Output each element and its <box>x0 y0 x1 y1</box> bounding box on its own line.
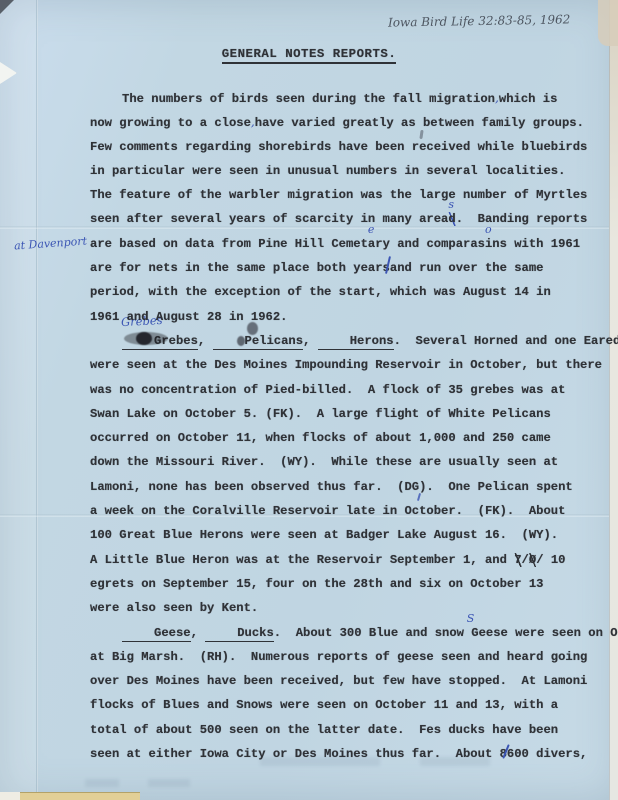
typed-line: A Little Blue Heron was at the Reservoir… <box>90 548 612 572</box>
typed-segment: now Geese were seen on October 14 <box>442 626 618 640</box>
typed-segment: ns with 1961 <box>492 237 580 251</box>
typed-segment: 7 <box>514 553 521 567</box>
typed-segment: have varied greatly as between family gr… <box>255 116 584 130</box>
handwritten-citation: Iowa Bird Life 32:83-85, 1962 <box>388 12 571 29</box>
handwritten-correction: S <box>435 613 475 624</box>
typed-segment: ds <box>448 212 455 226</box>
typed-line: are for nets in the same place both year… <box>90 256 612 280</box>
typed-line: seen at either Iowa City or Des Moines t… <box>90 742 612 766</box>
typed-segment: at Big Marsh. (RH). Numerous reports of … <box>90 650 587 664</box>
typed-segment: now growing to a close <box>90 116 251 130</box>
typed-segment: egrets on September 15, four on the 28th… <box>90 577 543 591</box>
typed-segment: are for nets in the same place both year… <box>90 261 390 275</box>
typed-segment: . Several Horned and one Eared Grebe <box>394 334 618 348</box>
typed-segment: / <box>522 553 529 567</box>
typed-segment: total of about 500 seen on the latter da… <box>90 723 558 737</box>
underlying-page-corner <box>598 0 618 46</box>
typed-segment: a week on the Coralville Reservoir late … <box>90 504 565 518</box>
title-row: GENERAL NOTES REPORTS. <box>0 44 618 62</box>
typed-segment: over Des Moines have been received, but … <box>90 674 587 688</box>
typed-segment: seen after several years of scarcity in … <box>90 212 448 226</box>
underlying-page-bottom-left <box>0 792 20 800</box>
typed-segment: Herons <box>318 334 394 350</box>
document-title: GENERAL NOTES REPORTS. <box>222 47 397 64</box>
typed-segment: ry and comparas <box>375 237 485 251</box>
typed-line: 1961 and August 28 in 1962. <box>90 305 612 329</box>
typed-segment: ae <box>368 237 375 251</box>
typed-segment: . About 300 Blue and <box>274 626 435 640</box>
typed-segment: period, with the exception of the start,… <box>90 285 551 299</box>
typed-line: were seen at the Des Moines Impounding R… <box>90 353 612 377</box>
typed-line: egrets on September 15, four on the 28th… <box>90 572 612 596</box>
typed-segment: Swan Lake on October 5. (FK). A large fl… <box>90 407 551 421</box>
typed-line: 100 Great Blue Herons were seen at Badge… <box>90 523 612 547</box>
ink-blot <box>247 322 258 335</box>
ink-blot <box>237 336 245 346</box>
paper-left-strip <box>0 0 36 800</box>
typed-line: flocks of Blues and Snows were seen on O… <box>90 693 612 717</box>
typed-line: The feature of the warbler migration was… <box>90 183 612 207</box>
typed-line: total of about 500 seen on the latter da… <box>90 718 612 742</box>
typed-segment: The feature of the warbler migration was… <box>90 188 587 202</box>
typed-segment: in particular were seen in unusual numbe… <box>90 164 565 178</box>
typed-segment: which is <box>499 92 558 106</box>
typed-line: over Des Moines have been received, but … <box>90 669 612 693</box>
typed-line: Lamoni, none has been observed thus far.… <box>90 475 612 499</box>
typed-line: in particular were seen in unusual numbe… <box>90 159 612 183</box>
typed-segment: 100 Great Blue Herons were seen at Badge… <box>90 528 558 542</box>
typed-line: Swan Lake on October 5. (FK). A large fl… <box>90 402 612 426</box>
typed-line: seen after several years of scarcity in … <box>90 207 612 231</box>
typed-line: were also seen by Kent. <box>90 596 612 620</box>
typed-line: are based on data from Pine Hill Cemetae… <box>90 232 612 256</box>
typed-segment: , <box>303 334 318 348</box>
typed-line: at Big Marsh. (RH). Numerous reports of … <box>90 645 612 669</box>
handwritten-correction: e <box>368 224 375 235</box>
typed-segment: The numbers of birds seen during the fal… <box>122 92 495 106</box>
typed-line: was no concentration of Pied-billed. A f… <box>90 378 612 402</box>
underlying-page-bottom <box>20 792 140 800</box>
typed-line: now growing to a close,have varied great… <box>90 110 612 134</box>
typed-segment: are based on data from Pine Hill Cemet <box>90 237 368 251</box>
typed-line: period, with the exception of the start,… <box>90 280 612 304</box>
typed-segment: sS <box>435 626 442 640</box>
typed-text: The numbers of birds seen during the fal… <box>90 86 612 766</box>
typed-segment: were also seen by Kent. <box>90 601 258 615</box>
typed-segment: down the Missouri River. (WY). While the… <box>90 455 558 469</box>
typed-segment: occurred on October 11, when flocks of a… <box>90 431 551 445</box>
ink-blot <box>136 332 152 345</box>
typed-segment: io <box>485 237 492 251</box>
typed-segment: Lamoni, none has been observed thus far.… <box>90 480 573 494</box>
typed-segment: seen at either Iowa City or Des Moines t… <box>90 747 507 761</box>
typed-segment: flocks of Blues and Snows were seen on O… <box>90 698 558 712</box>
typed-segment: , <box>191 626 206 640</box>
typed-line: The numbers of birds seen during the fal… <box>90 86 612 110</box>
typed-segment: , <box>198 334 213 348</box>
handwritten-correction: s <box>448 199 454 210</box>
handwritten-correction: o <box>485 224 492 235</box>
ink-bleedthrough <box>148 779 190 787</box>
typed-line: down the Missouri River. (WY). While the… <box>90 450 612 474</box>
typed-segment: . Banding reports <box>456 212 588 226</box>
scanned-document-page: Iowa Bird Life 32:83-85, 1962 at Davenpo… <box>0 0 618 800</box>
fold-crease-vertical <box>36 0 38 800</box>
typed-line: Geese, Ducks. About 300 Blue and sSnow G… <box>90 621 612 645</box>
typed-segment: were seen at the Des Moines Impounding R… <box>90 358 602 372</box>
typed-segment: Few comments regarding shorebirds have b… <box>90 140 587 154</box>
typed-segment: 1961 and August 28 in 1962. <box>90 310 287 324</box>
typed-line: occurred on October 11, when flocks of a… <box>90 426 612 450</box>
typed-line: a week on the Coralville Reservoir late … <box>90 499 612 523</box>
typed-segment: A Little Blue Heron was at the Reservoir… <box>90 553 514 567</box>
typed-segment: was no concentration of Pied-billed. A f… <box>90 383 565 397</box>
typed-line: Few comments regarding shorebirds have b… <box>90 135 612 159</box>
typed-segment: Ducks <box>205 626 274 642</box>
typed-segment: Geese <box>122 626 191 642</box>
typed-segment: and run over the same <box>390 261 544 275</box>
typed-segment: 600 divers, <box>507 747 587 761</box>
ink-bleedthrough <box>85 779 119 787</box>
typed-line: Grebes, Pelicans, Herons. Several Horned… <box>90 329 612 353</box>
typed-segment: Pelicans <box>213 334 304 350</box>
typed-segment: / 10 <box>536 553 565 567</box>
